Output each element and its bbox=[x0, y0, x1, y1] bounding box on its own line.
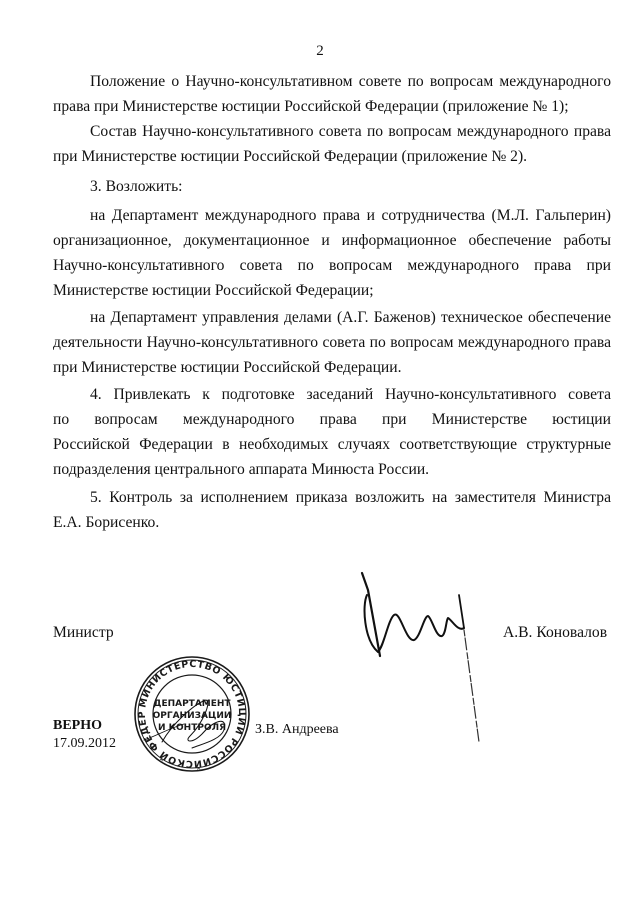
paragraph-line: Научно-консультативного совета по вопрос… bbox=[53, 256, 611, 276]
paragraph-line: подразделения центрального аппарата Миню… bbox=[53, 460, 429, 480]
svg-text:И КОНТРОЛЯ: И КОНТРОЛЯ bbox=[158, 723, 226, 733]
paragraph-line: права при Министерстве юстиции Российско… bbox=[53, 97, 569, 117]
certified-label: ВЕРНО bbox=[53, 718, 102, 734]
paragraph-line: при Министерстве юстиции Российской Феде… bbox=[53, 358, 402, 378]
paragraph-line: Состав Научно-консультативного совета по… bbox=[90, 122, 611, 142]
document-page: 2 Положение о Научно-консультативном сов… bbox=[0, 0, 640, 905]
paragraph-line: деятельности Научно-консультативного сов… bbox=[53, 333, 611, 353]
item-heading: 3. Возложить: bbox=[90, 177, 183, 197]
paragraph-line: организационное, документационное и инфо… bbox=[53, 231, 611, 251]
paragraph-line: Российской Федерации в необходимых случа… bbox=[53, 435, 611, 455]
position-title: Министр bbox=[53, 624, 114, 642]
paragraph-line: на Департамент управления делами (А.Г. Б… bbox=[90, 308, 611, 328]
official-stamp-icon: МИНИСТЕРСТВО ЮСТИЦИИ РОССИЙСКОЙ ФЕДЕРАЦИ… bbox=[132, 654, 252, 774]
paragraph-line: по вопросам международного права при Мин… bbox=[53, 410, 611, 430]
paragraph-line: Е.А. Борисенко. bbox=[53, 513, 159, 533]
page-number: 2 bbox=[0, 43, 640, 60]
svg-text:ОРГАНИЗАЦИИ: ОРГАНИЗАЦИИ bbox=[153, 711, 232, 721]
signatory-name: А.В. Коновалов bbox=[503, 624, 607, 642]
handwritten-signature-icon bbox=[340, 560, 480, 800]
certifier-name: З.В. Андреева bbox=[255, 722, 339, 738]
paragraph-line: 5. Контроль за исполнением приказа возло… bbox=[90, 488, 611, 508]
paragraph-line: при Министерстве юстиции Российской Феде… bbox=[53, 147, 527, 167]
paragraph-line: 4. Привлекать к подготовке заседаний Нау… bbox=[90, 385, 611, 405]
paragraph-line: Министерстве юстиции Российской Федераци… bbox=[53, 281, 374, 301]
paragraph-line: Положение о Научно-консультативном совет… bbox=[90, 72, 611, 92]
certification-date: 17.09.2012 bbox=[53, 736, 116, 752]
paragraph-line: на Департамент международного права и со… bbox=[90, 206, 611, 226]
